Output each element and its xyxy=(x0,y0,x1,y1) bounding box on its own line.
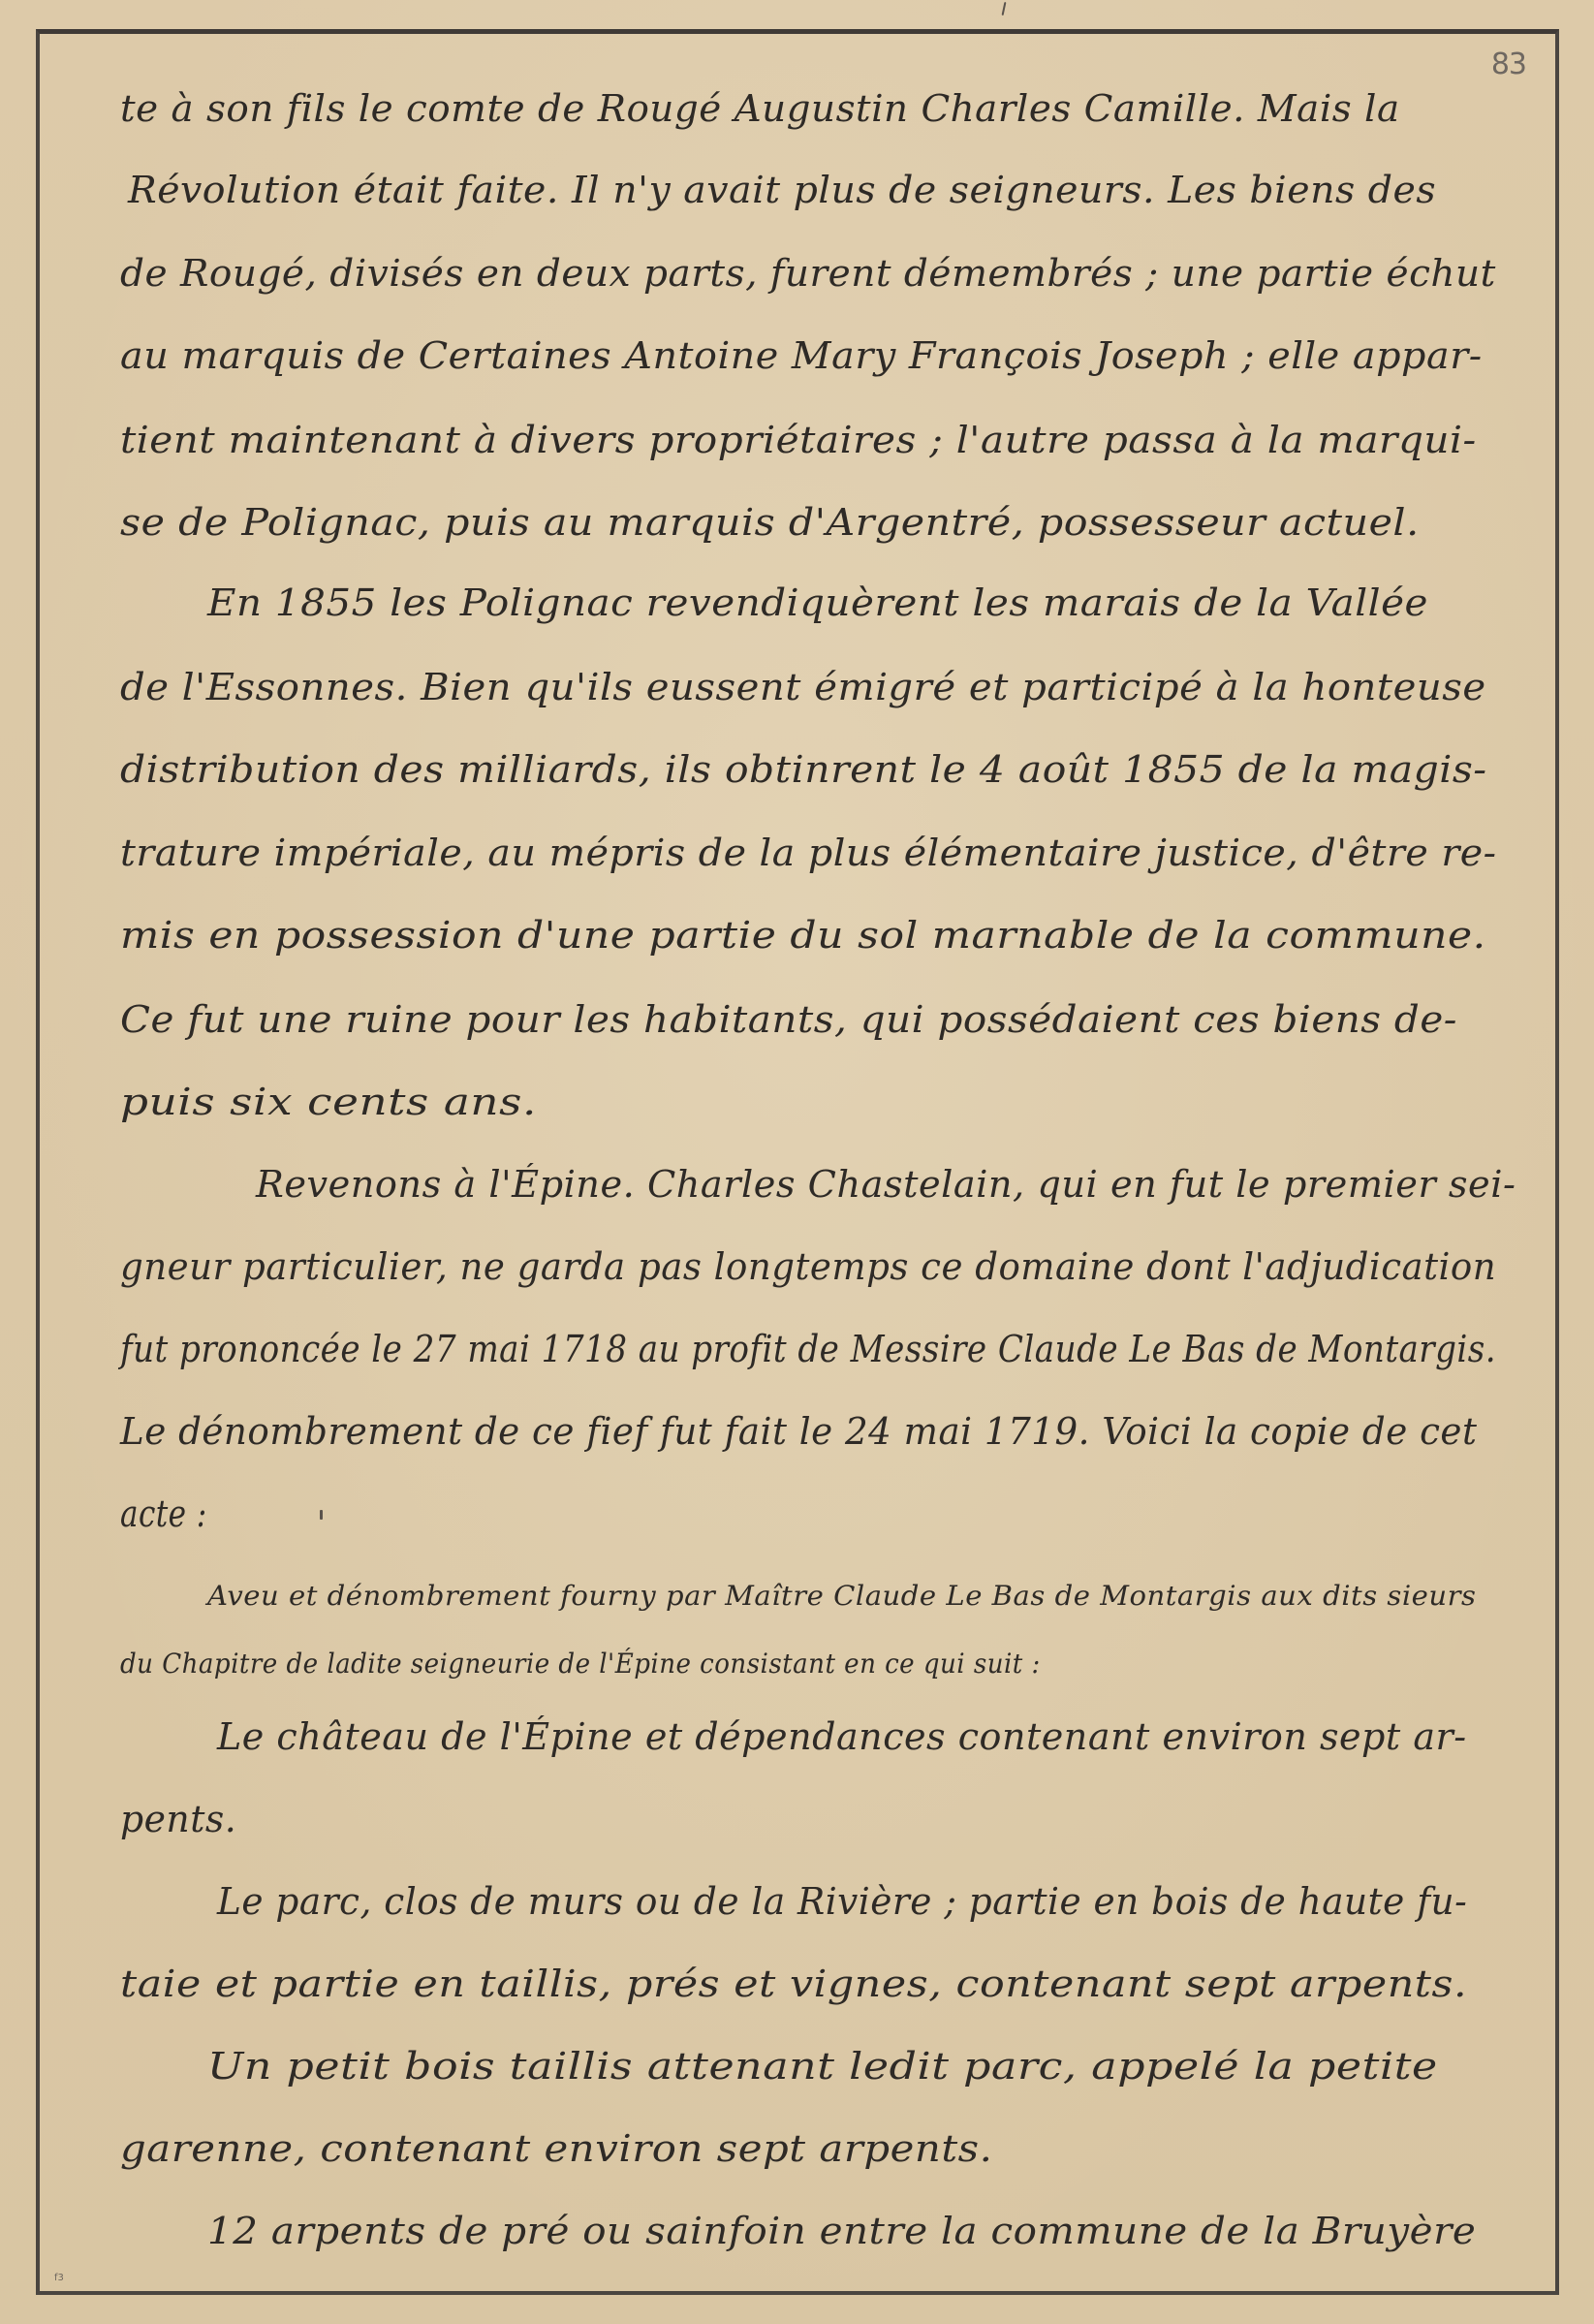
paragraph-start-line: Le château de l'Épine et dépendances con… xyxy=(217,1715,1467,1758)
ink-dot-mark xyxy=(320,1510,323,1520)
page-number: 83 xyxy=(1491,47,1526,81)
text-line: gneur particulier, ne garda pas longtemp… xyxy=(120,1245,1496,1288)
text-line: distribution des milliards, ils obtinren… xyxy=(120,748,1487,791)
paragraph-start-line: 12 arpents de pré ou sainfoin entre la c… xyxy=(207,2210,1476,2252)
folio-mark: f3 xyxy=(54,2273,64,2283)
text-line: mis en possession d'une partie du sol ma… xyxy=(120,914,1486,957)
text-line: Le dénombrement de ce fief fut fait le 2… xyxy=(120,1410,1477,1453)
text-line: Ce fut une ruine pour les habitants, qui… xyxy=(120,998,1457,1041)
text-line: Révolution était faite. Il n'y avait plu… xyxy=(128,169,1436,211)
text-line: se de Polignac, puis au marquis d'Argent… xyxy=(120,501,1420,544)
paragraph-start-line: En 1855 les Polignac revendiquèrent les … xyxy=(207,581,1428,624)
text-line: te à son fils le comte de Rougé Augustin… xyxy=(120,87,1400,130)
text-line: acte : xyxy=(120,1492,207,1535)
text-line: trature impériale, au mépris de la plus … xyxy=(120,832,1497,874)
text-line: garenne, contenant environ sept arpents. xyxy=(120,2127,992,2170)
text-line: au marquis de Certaines Antoine Mary Fra… xyxy=(120,334,1483,377)
paragraph-start-line: Le parc, clos de murs ou de la Rivière ;… xyxy=(217,1880,1467,1923)
text-line: tient maintenant à divers propriétaires … xyxy=(120,419,1477,461)
quoted-heading-line: Aveu et dénombrement fourny par Maître C… xyxy=(207,1580,1476,1612)
text-line: taie et partie en taillis, prés et vigne… xyxy=(120,1963,1467,2005)
paragraph-start-line: Un petit bois taillis attenant ledit par… xyxy=(207,2045,1438,2088)
text-line: de Rougé, divisés en deux parts, furent … xyxy=(120,252,1496,295)
text-line: fut prononcée le 27 mai 1718 au profit d… xyxy=(120,1328,1496,1370)
quoted-heading-line: du Chapitre de ladite seigneurie de l'Ép… xyxy=(120,1648,1041,1680)
paragraph-start-line: Revenons à l'Épine. Charles Chastelain, … xyxy=(256,1163,1516,1206)
text-line: de l'Essonnes. Bien qu'ils eussent émigr… xyxy=(120,666,1486,708)
text-line: puis six cents ans. xyxy=(120,1081,537,1123)
text-line: pents. xyxy=(120,1798,236,1840)
